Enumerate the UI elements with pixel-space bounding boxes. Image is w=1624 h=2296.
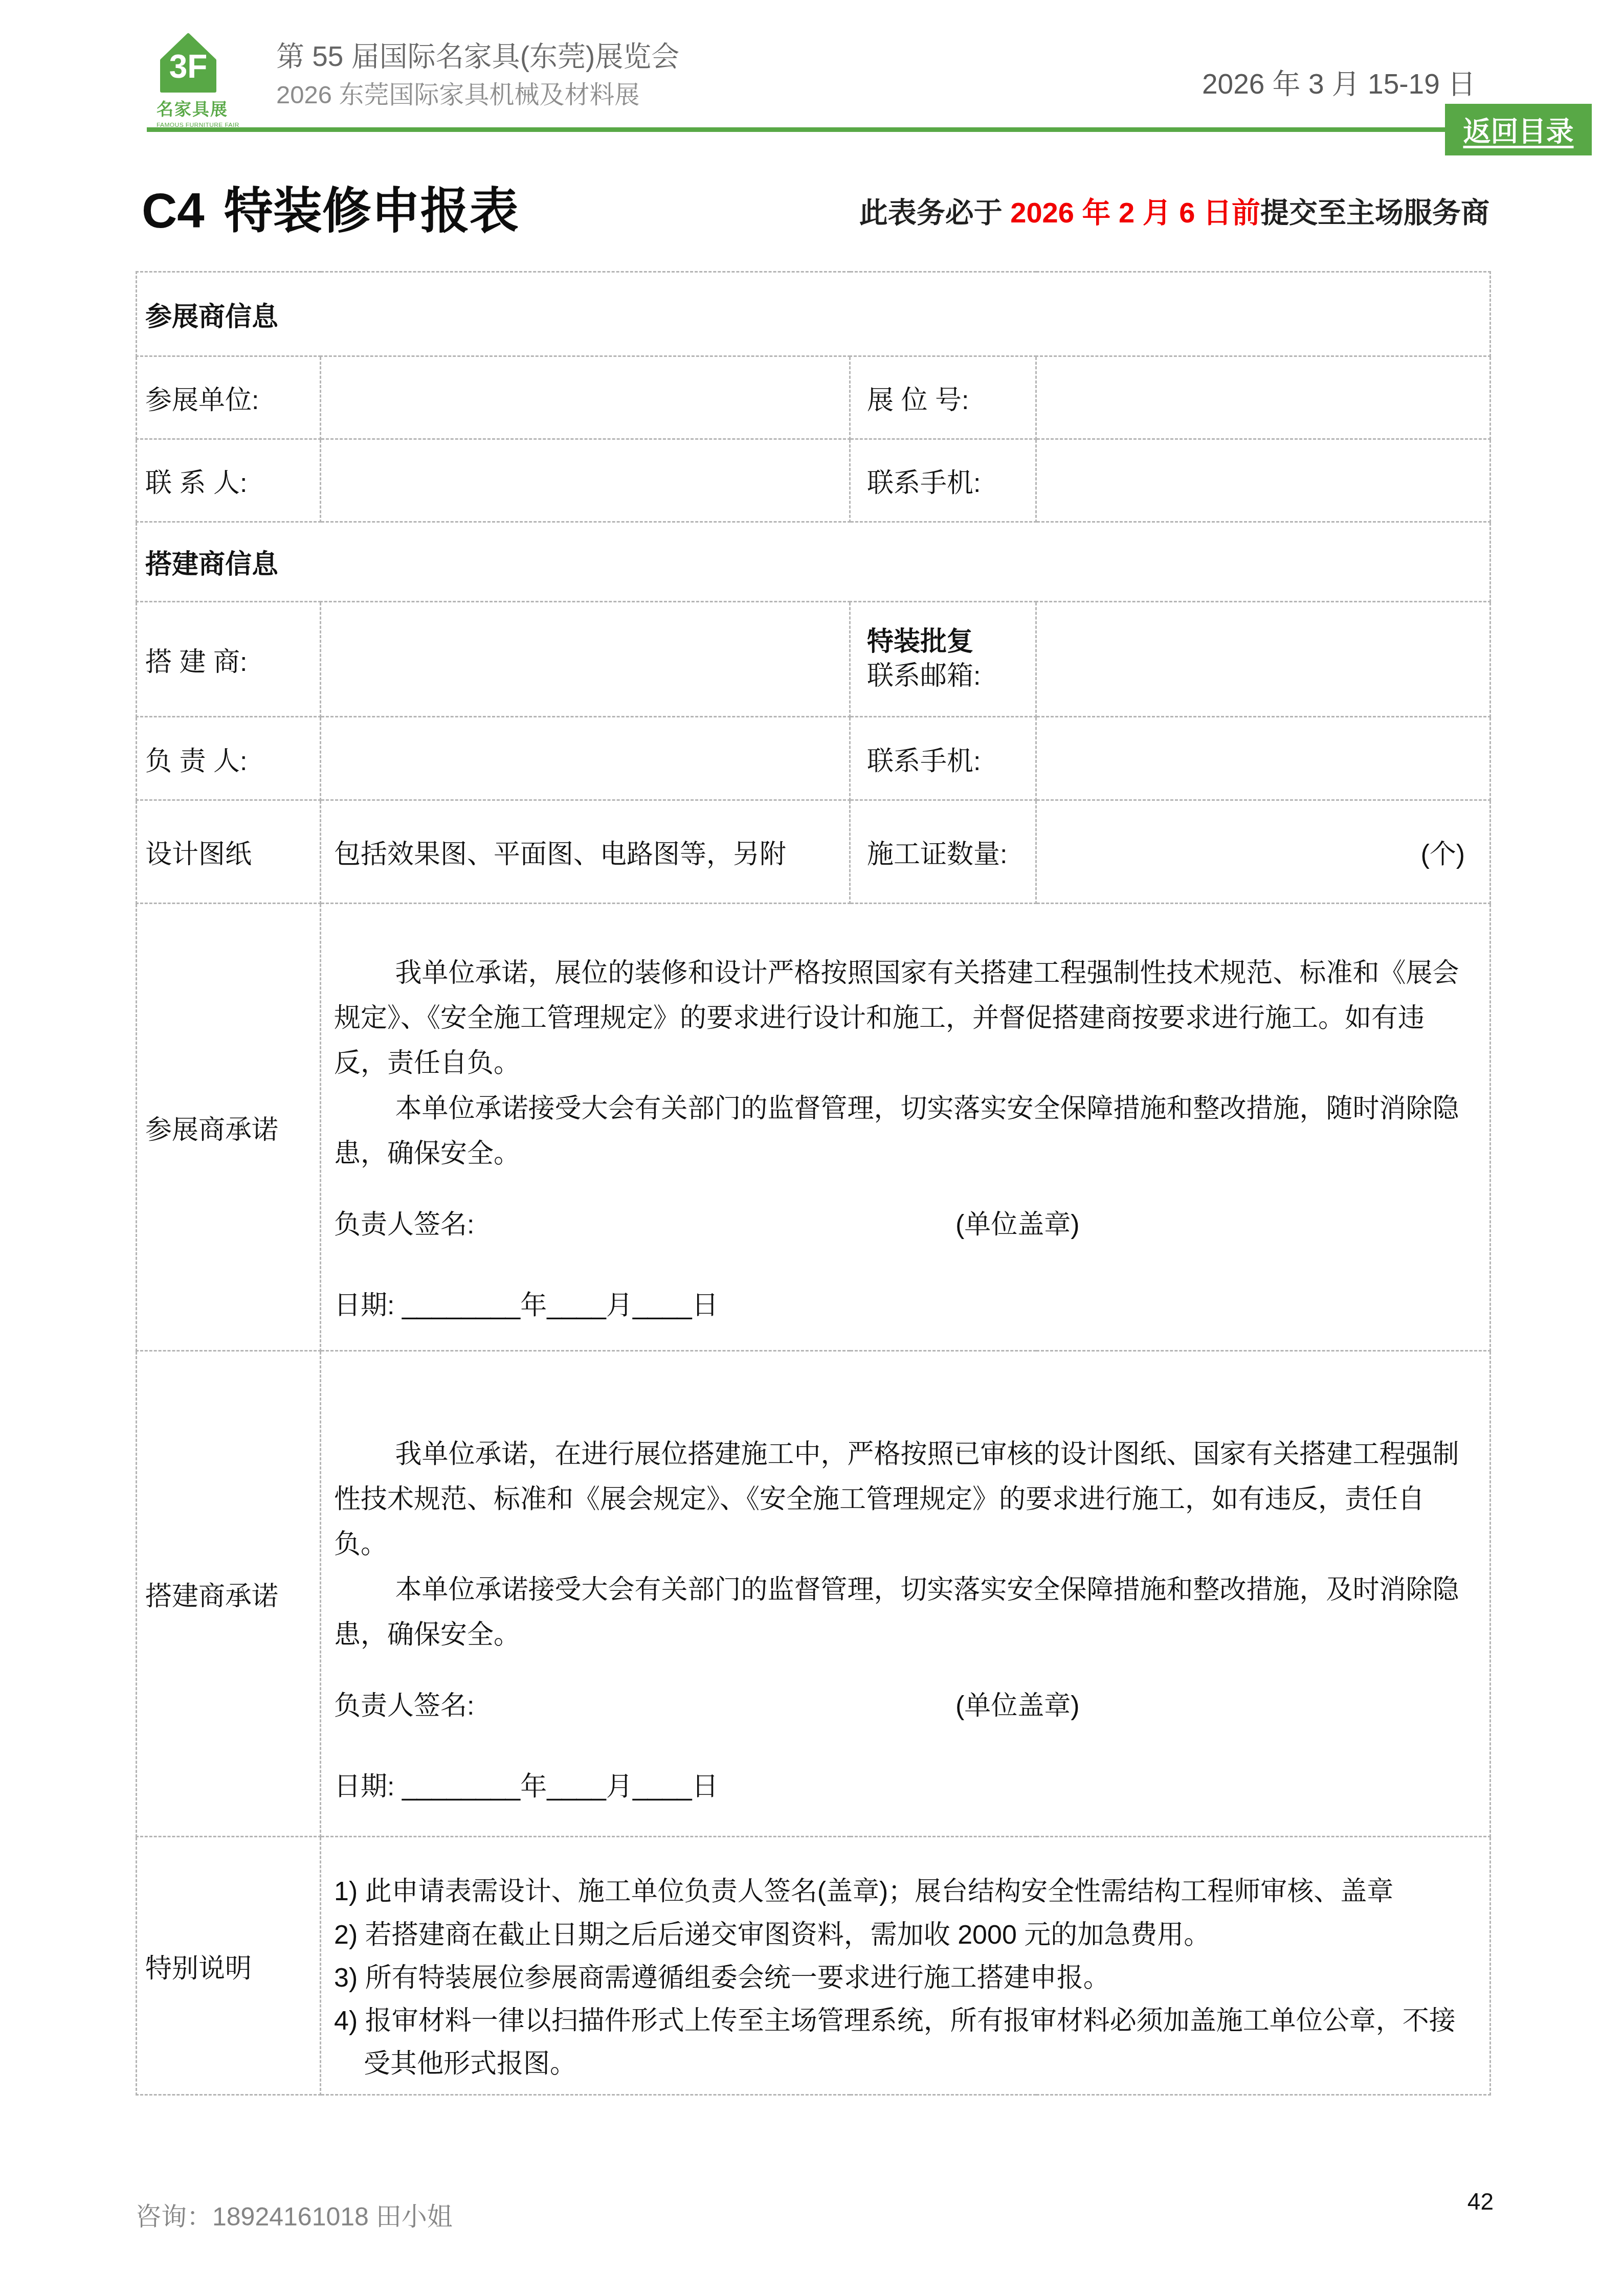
brand-logo: 3F 名家具展 FAMOUS FURNITURE FAIR bbox=[157, 33, 220, 128]
header-divider-rule bbox=[147, 127, 1489, 132]
approval-email-label: 特装批复 联系邮箱: bbox=[850, 602, 1036, 717]
booth-no-input[interactable] bbox=[1036, 356, 1490, 439]
back-to-contents-button[interactable]: 返回目录 bbox=[1445, 104, 1592, 155]
exhibitor-signature-row: 负责人签名: (单位盖章) bbox=[334, 1202, 1469, 1247]
application-form-table: 参展商信息 参展单位: 展 位 号: 联 系 人: 联系手机: 搭建商信息 搭 … bbox=[136, 271, 1491, 2096]
builder-promise-content: 我单位承诺，在进行展位搭建施工中，严格按照已审核的设计图纸、国家有关搭建工程强制… bbox=[321, 1351, 1490, 1837]
builder-input[interactable] bbox=[321, 602, 850, 717]
approval-label: 特装批复 bbox=[867, 625, 1035, 659]
section-header-exhibitor-info: 参展商信息 bbox=[137, 272, 1490, 356]
document-page: 3F 名家具展 FAMOUS FURNITURE FAIR 第 55 届国际名家… bbox=[0, 0, 1624, 2296]
event-title-line1: 第 55 届国际名家具(东莞)展览会 bbox=[276, 36, 679, 77]
contact-mobile-input[interactable] bbox=[1036, 439, 1490, 522]
special-notes-content: 1) 此申请表需设计、施工单位负责人签名(盖章)；展台结构安全性需结构工程师审核… bbox=[321, 1837, 1490, 2095]
design-drawings-label: 设计图纸 bbox=[137, 800, 321, 904]
exhibitor-seal-label: (单位盖章) bbox=[955, 1202, 1080, 1247]
permit-qty-label: 施工证数量: bbox=[850, 800, 1036, 904]
special-note-3: 3) 所有特装展位参展商需遵循组委会统一要求进行施工搭建申报。 bbox=[334, 1956, 1471, 1999]
builder-promise-paragraph-1: 我单位承诺，在进行展位搭建施工中，严格按照已审核的设计图纸、国家有关搭建工程强制… bbox=[334, 1432, 1469, 1567]
special-notes-label: 特别说明 bbox=[137, 1837, 321, 2095]
email-label: 联系邮箱: bbox=[867, 659, 1035, 693]
contact-person-label: 联 系 人: bbox=[137, 439, 321, 522]
special-note-4: 4) 报审材料一律以扫描件形式上传至主场管理系统，所有报审材料必须加盖施工单位公… bbox=[334, 1999, 1471, 2085]
section-header-builder-info: 搭建商信息 bbox=[137, 522, 1490, 602]
manager-label: 负 责 人: bbox=[137, 717, 321, 800]
builder-label: 搭 建 商: bbox=[137, 602, 321, 717]
approval-email-input[interactable] bbox=[1036, 602, 1490, 717]
event-title-line2: 2026 东莞国际家具机械及材料展 bbox=[276, 77, 679, 114]
deadline-suffix: 提交至主场服务商 bbox=[1260, 196, 1489, 229]
contact-mobile-label: 联系手机: bbox=[850, 439, 1036, 522]
builder-promise-paragraph-2: 本单位承诺接受大会有关部门的监督管理，切实落实安全保障措施和整改措施，及时消除隐… bbox=[334, 1567, 1469, 1658]
house-logo-icon: 3F bbox=[160, 33, 217, 93]
builder-mobile-label: 联系手机: bbox=[850, 717, 1036, 800]
builder-promise-label: 搭建商承诺 bbox=[137, 1351, 321, 1837]
manager-input[interactable] bbox=[321, 717, 850, 800]
special-note-1: 1) 此申请表需设计、施工单位负责人签名(盖章)；展台结构安全性需结构工程师审核… bbox=[334, 1870, 1471, 1913]
deadline-prefix: 此表务必于 bbox=[859, 196, 1011, 229]
form-code: C4 bbox=[142, 184, 205, 238]
builder-mobile-input[interactable] bbox=[1036, 717, 1490, 800]
builder-date-line[interactable]: 日期: ________年____月____日 bbox=[334, 1764, 1469, 1809]
exhibitor-promise-paragraph-1: 我单位承诺，展位的装修和设计严格按照国家有关搭建工程强制性技术规范、标准和《展会… bbox=[334, 951, 1469, 1086]
builder-seal-label: (单位盖章) bbox=[955, 1683, 1080, 1728]
footer-contact: 咨询：18924161018 田小姐 bbox=[136, 2196, 453, 2233]
event-titles: 第 55 届国际名家具(东莞)展览会 2026 东莞国际家具机械及材料展 bbox=[276, 36, 679, 114]
deadline-date-highlight: 2026 年 2 月 6 日前 bbox=[1010, 196, 1260, 229]
exhibitor-promise-content: 我单位承诺，展位的装修和设计严格按照国家有关搭建工程强制性技术规范、标准和《展会… bbox=[321, 904, 1490, 1351]
booth-no-label: 展 位 号: bbox=[850, 356, 1036, 439]
exhibitor-company-label: 参展单位: bbox=[137, 356, 321, 439]
exhibitor-company-input[interactable] bbox=[321, 356, 850, 439]
exhibitor-date-line[interactable]: 日期: ________年____月____日 bbox=[334, 1283, 1469, 1328]
form-name: 特装修申报表 bbox=[224, 184, 519, 238]
contact-person-input[interactable] bbox=[321, 439, 850, 522]
page-number: 42 bbox=[1467, 2188, 1494, 2215]
builder-signature-row: 负责人签名: (单位盖章) bbox=[334, 1683, 1469, 1728]
exhibitor-promise-label: 参展商承诺 bbox=[137, 904, 321, 1351]
back-to-contents-label: 返回目录 bbox=[1463, 110, 1574, 149]
permit-qty-unit: (个) bbox=[1420, 840, 1465, 869]
builder-signature-label[interactable]: 负责人签名: bbox=[334, 1683, 955, 1728]
logo-name: 名家具展 bbox=[157, 96, 220, 120]
page-title: C4特装修申报表 bbox=[142, 172, 519, 242]
deadline-notice: 此表务必于 2026 年 2 月 6 日前提交至主场服务商 bbox=[859, 190, 1489, 231]
special-note-2: 2) 若搭建商在截止日期之后后递交审图资料，需加收 2000 元的加急费用。 bbox=[334, 1914, 1471, 1956]
exhibitor-signature-label[interactable]: 负责人签名: bbox=[334, 1202, 955, 1247]
design-drawings-desc: 包括效果图、平面图、电路图等，另附 bbox=[321, 800, 850, 904]
logo-badge-text: 3F bbox=[169, 48, 208, 85]
event-date: 2026 年 3 月 15-19 日 bbox=[1202, 61, 1476, 102]
permit-qty-input[interactable]: (个) bbox=[1036, 800, 1490, 904]
exhibitor-promise-paragraph-2: 本单位承诺接受大会有关部门的监督管理，切实落实安全保障措施和整改措施，随时消除隐… bbox=[334, 1086, 1469, 1177]
